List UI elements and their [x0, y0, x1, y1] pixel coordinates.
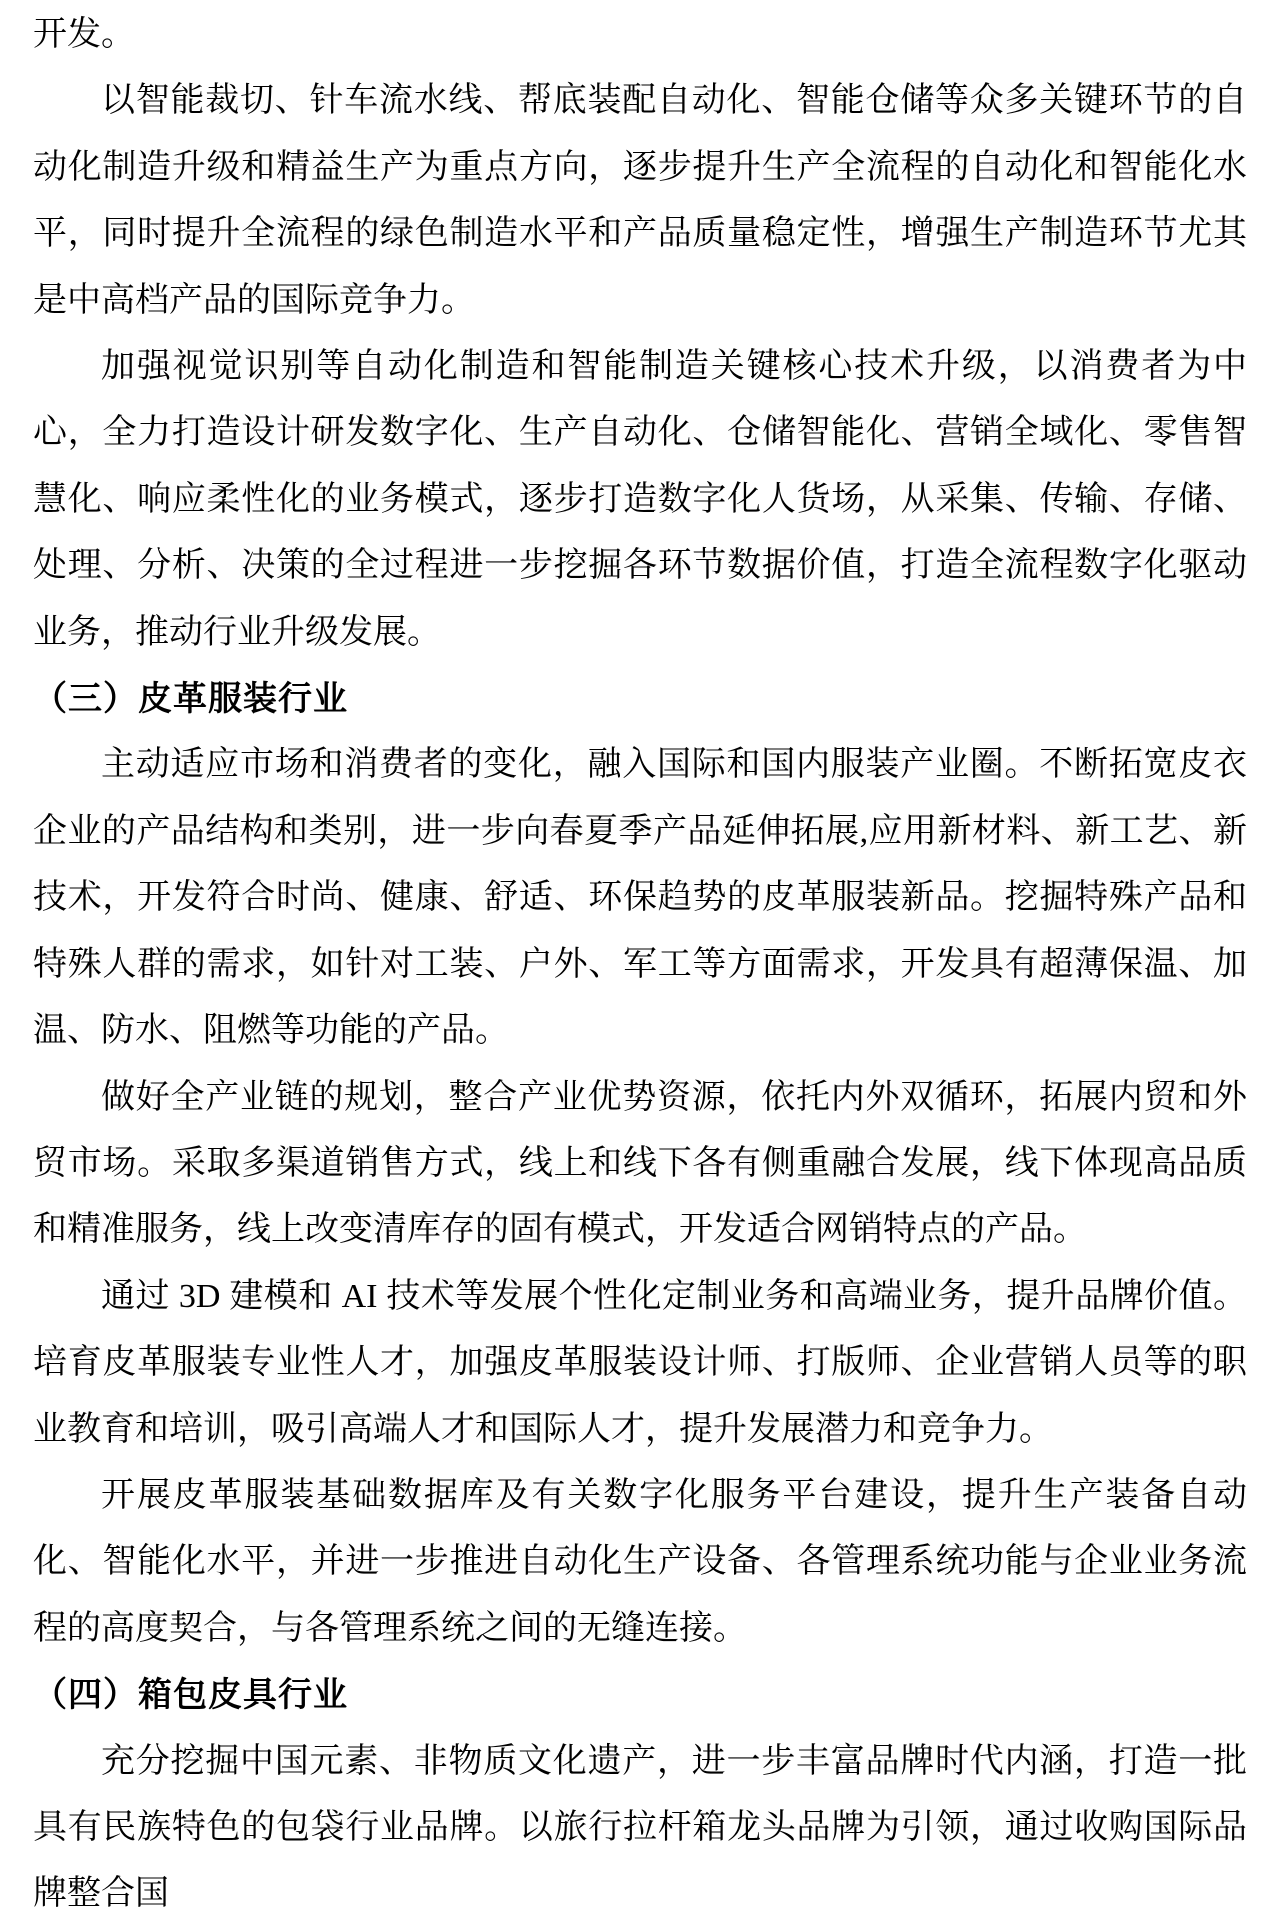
document-page: 开发。 以智能裁切、针车流水线、帮底装配自动化、智能仓储等众多关键环节的自动化制… [0, 0, 1280, 1928]
paragraph: 主动适应市场和消费者的变化，融入国际和国内服装产业圈。不断拓宽皮衣企业的产品结构… [33, 732, 1247, 1064]
section-heading-4-luggage-leather-goods: （四）箱包皮具行业 [33, 1662, 1247, 1728]
paragraph: 通过 3D 建模和 AI 技术等发展个性化定制业务和高端业务，提升品牌价值。培育… [33, 1264, 1247, 1463]
paragraph: 加强视觉识别等自动化制造和智能制造关键核心技术升级，以消费者为中心，全力打造设计… [33, 334, 1247, 666]
paragraph-tail: 开发。 [33, 2, 1247, 68]
document-body: 开发。 以智能裁切、针车流水线、帮底装配自动化、智能仓储等众多关键环节的自动化制… [33, 2, 1247, 1928]
paragraph: 开展皮革服装基础数据库及有关数字化服务平台建设，提升生产装备自动化、智能化水平，… [33, 1463, 1247, 1662]
section-heading-3-leather-garment: （三）皮革服装行业 [33, 666, 1247, 732]
paragraph: 充分挖掘中国元素、非物质文化遗产，进一步丰富品牌时代内涵，打造一批具有民族特色的… [33, 1729, 1247, 1928]
paragraph: 以智能裁切、针车流水线、帮底装配自动化、智能仓储等众多关键环节的自动化制造升级和… [33, 68, 1247, 334]
paragraph: 做好全产业链的规划，整合产业优势资源，依托内外双循环，拓展内贸和外贸市场。采取多… [33, 1065, 1247, 1264]
